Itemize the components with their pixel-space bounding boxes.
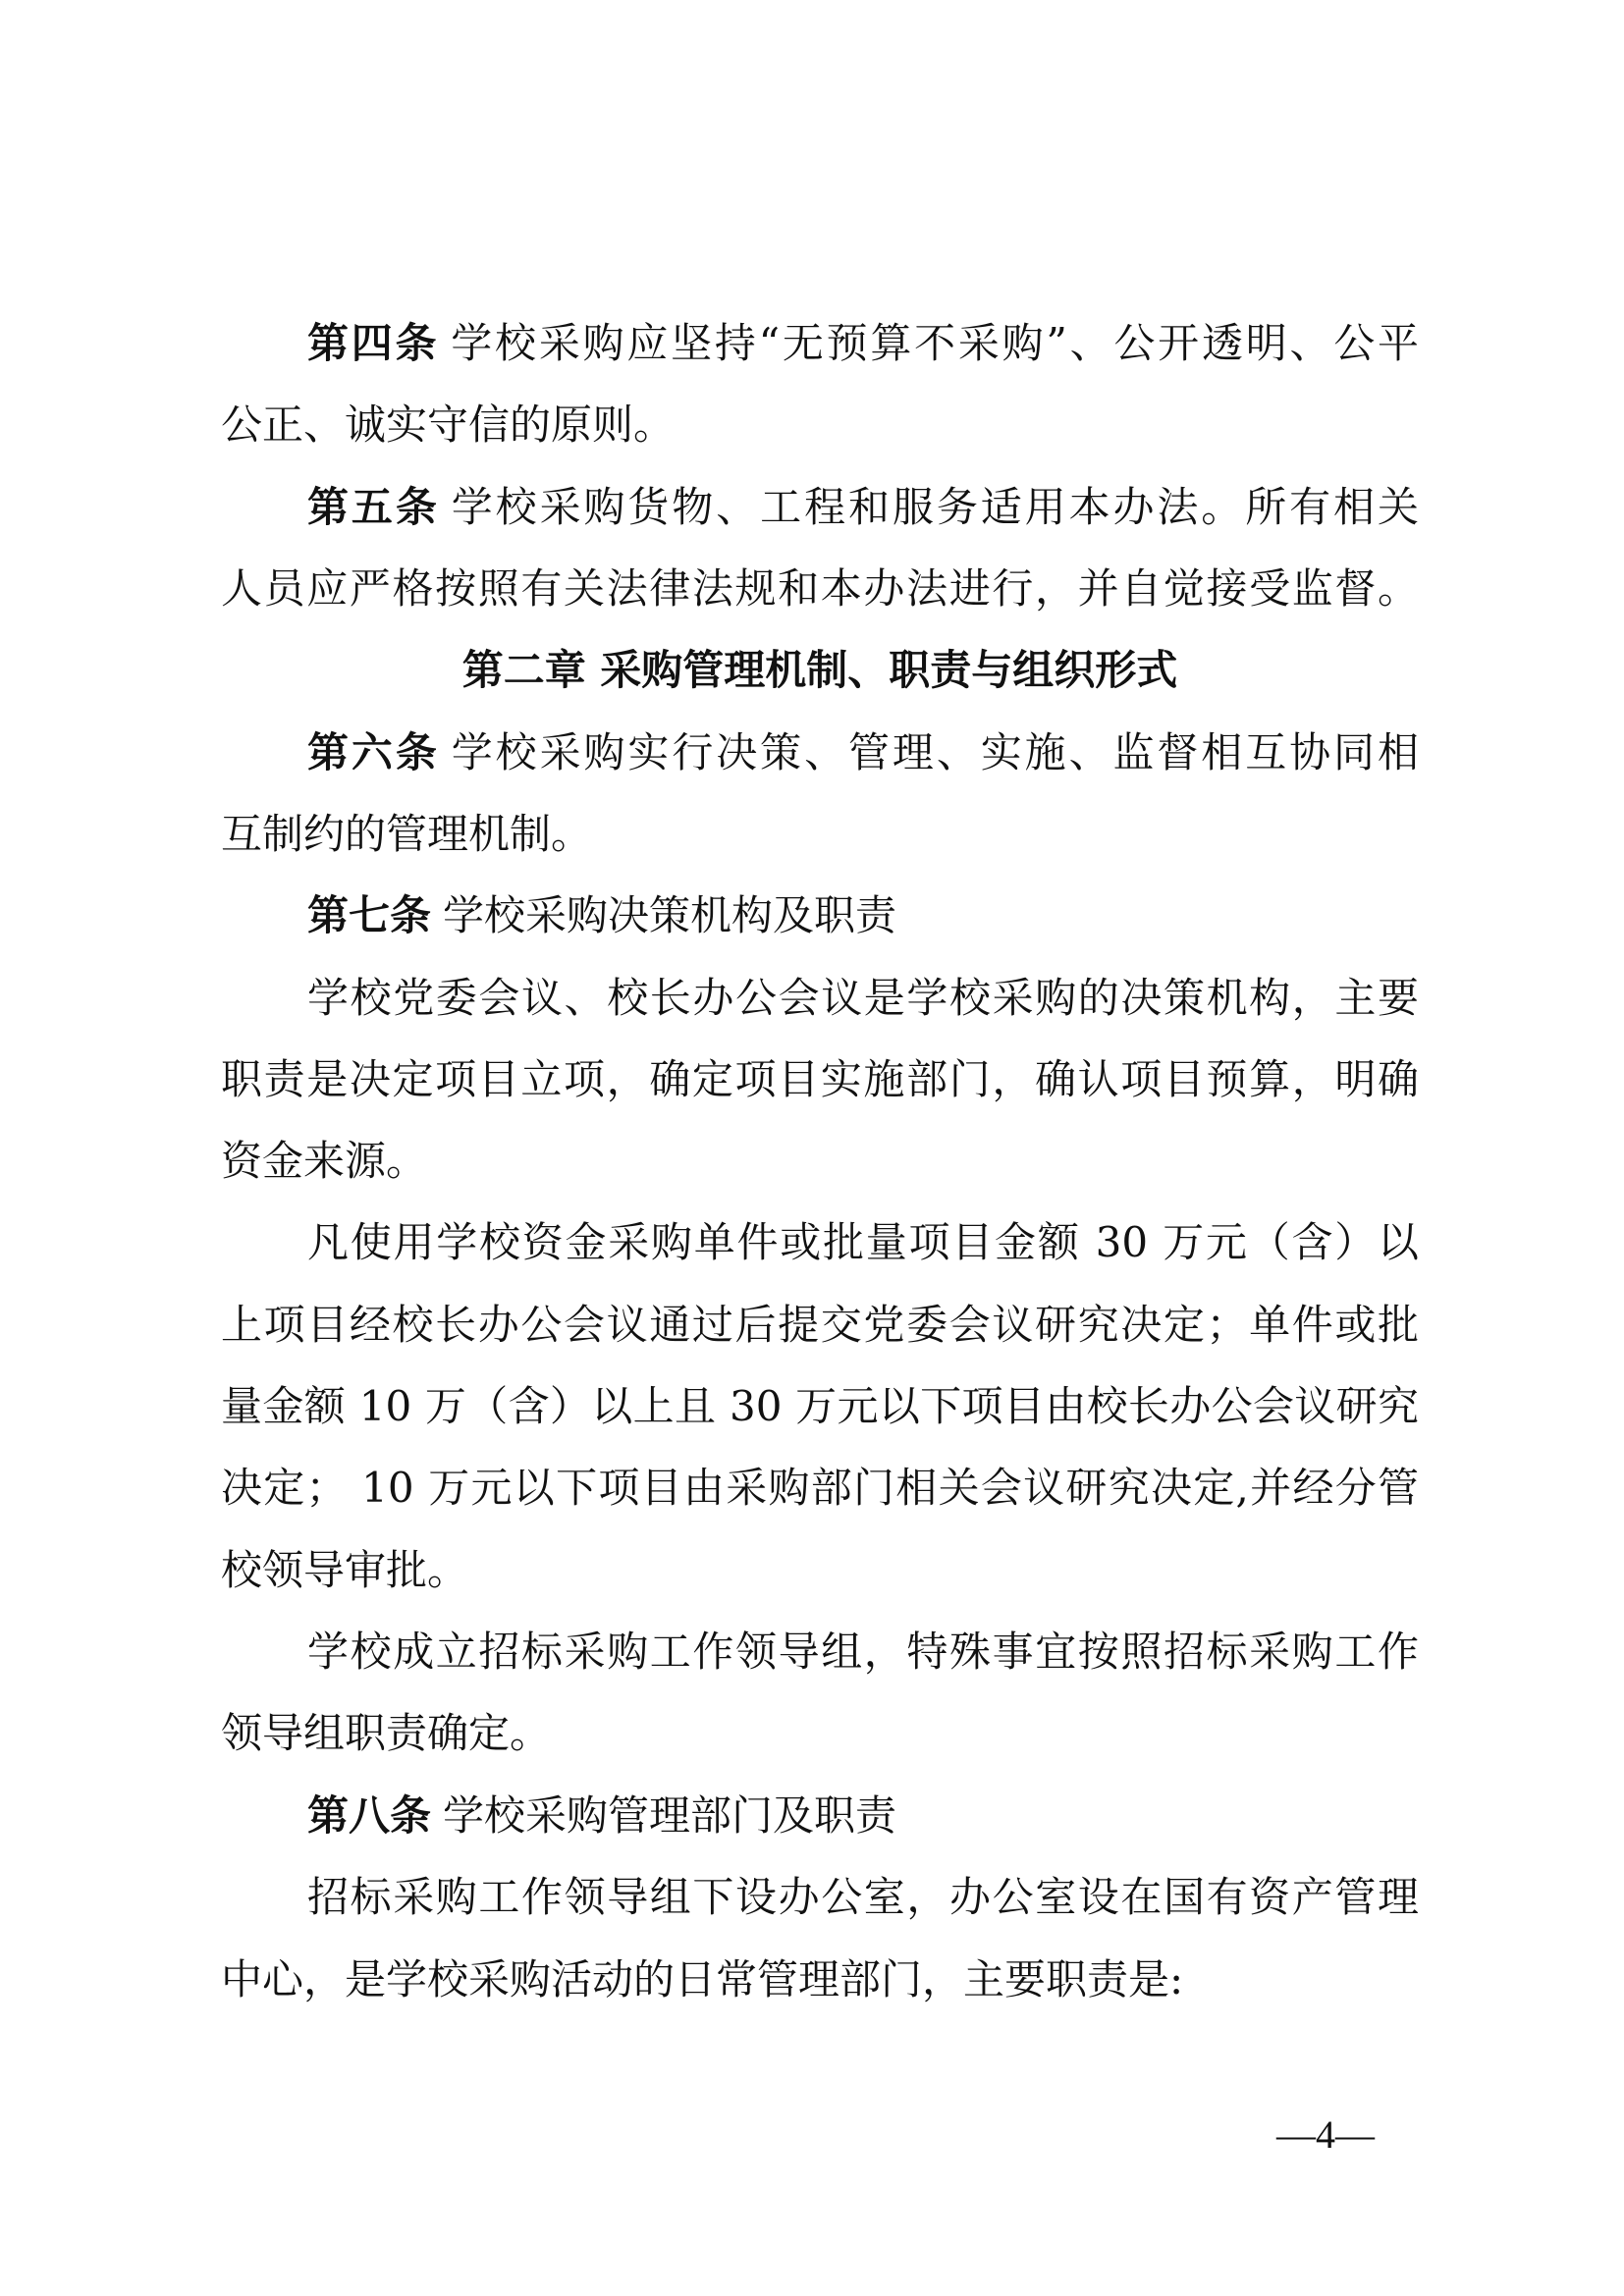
article-title: 学校采购管理部门及职责 — [443, 1791, 896, 1840]
paragraph-line: 决定； 10 万元以下项目由采购部门相关会议研究决定,并经分管 — [221, 1447, 1419, 1529]
article-4-line-2: 公正、诚实守信的原则。 — [221, 384, 1419, 466]
article-6-line-2: 互制约的管理机制。 — [221, 793, 1419, 876]
page-number: —4— — [1267, 2110, 1384, 2160]
article-5-line-1: 第五条学校采购货物、工程和服务适用本办法。所有相关 — [307, 466, 1419, 549]
paragraph-line: 校领导审批。 — [221, 1529, 1419, 1612]
article-4-line-1: 第四条学校采购应坚持“无预算不采购”、公开透明、公平 — [307, 302, 1419, 385]
paragraph-line: 量金额 10 万（含）以上且 30 万元以下项目由校长办公会议研究 — [221, 1365, 1419, 1448]
paragraph-line: 学校党委会议、校长办公会议是学校采购的决策机构，主要 — [307, 957, 1419, 1040]
article-label: 第八条 — [307, 1791, 431, 1840]
paragraph-line: 上项目经校长办公会议通过后提交党委会议研究决定；单件或批 — [221, 1284, 1419, 1366]
article-7-title: 第七条学校采购决策机构及职责 — [307, 875, 1419, 957]
article-label: 第六条 — [307, 728, 440, 776]
paragraph-line: 学校成立招标采购工作领导组，特殊事宜按照招标采购工作 — [307, 1611, 1419, 1693]
chapter-heading: 第二章 采购管理机制、职责与组织形式 — [221, 629, 1419, 712]
document-page: 第四条学校采购应坚持“无预算不采购”、公开透明、公平 公正、诚实守信的原则。 第… — [0, 0, 1624, 2296]
paragraph-line: 凡使用学校资金采购单件或批量项目金额 30 万元（含）以 — [307, 1201, 1419, 1284]
article-8-title: 第八条学校采购管理部门及职责 — [307, 1775, 1419, 1857]
article-title: 学校采购决策机构及职责 — [443, 891, 896, 939]
article-text: 学校采购货物、工程和服务适用本办法。所有相关 — [452, 483, 1419, 531]
article-text: 学校采购应坚持“无预算不采购”、公开透明、公平 — [451, 319, 1419, 367]
article-label: 第五条 — [307, 483, 440, 531]
paragraph-line: 招标采购工作领导组下设办公室，办公室设在国有资产管理 — [307, 1856, 1419, 1939]
paragraph-line: 资金来源。 — [221, 1120, 1419, 1202]
article-label: 第四条 — [307, 319, 439, 367]
paragraph-line: 职责是决定项目立项，确定项目实施部门，确认项目预算，明确 — [221, 1039, 1419, 1121]
article-text: 学校采购实行决策、管理、实施、监督相互协同相 — [452, 728, 1419, 776]
article-5-line-2: 人员应严格按照有关法律法规和本办法进行，并自觉接受监督。 — [221, 548, 1419, 630]
paragraph-line: 中心，是学校采购活动的日常管理部门，主要职责是: — [221, 1939, 1419, 2021]
paragraph-line: 领导组职责确定。 — [221, 1692, 1419, 1775]
article-label: 第七条 — [307, 891, 431, 939]
article-6-line-1: 第六条学校采购实行决策、管理、实施、监督相互协同相 — [307, 712, 1419, 794]
